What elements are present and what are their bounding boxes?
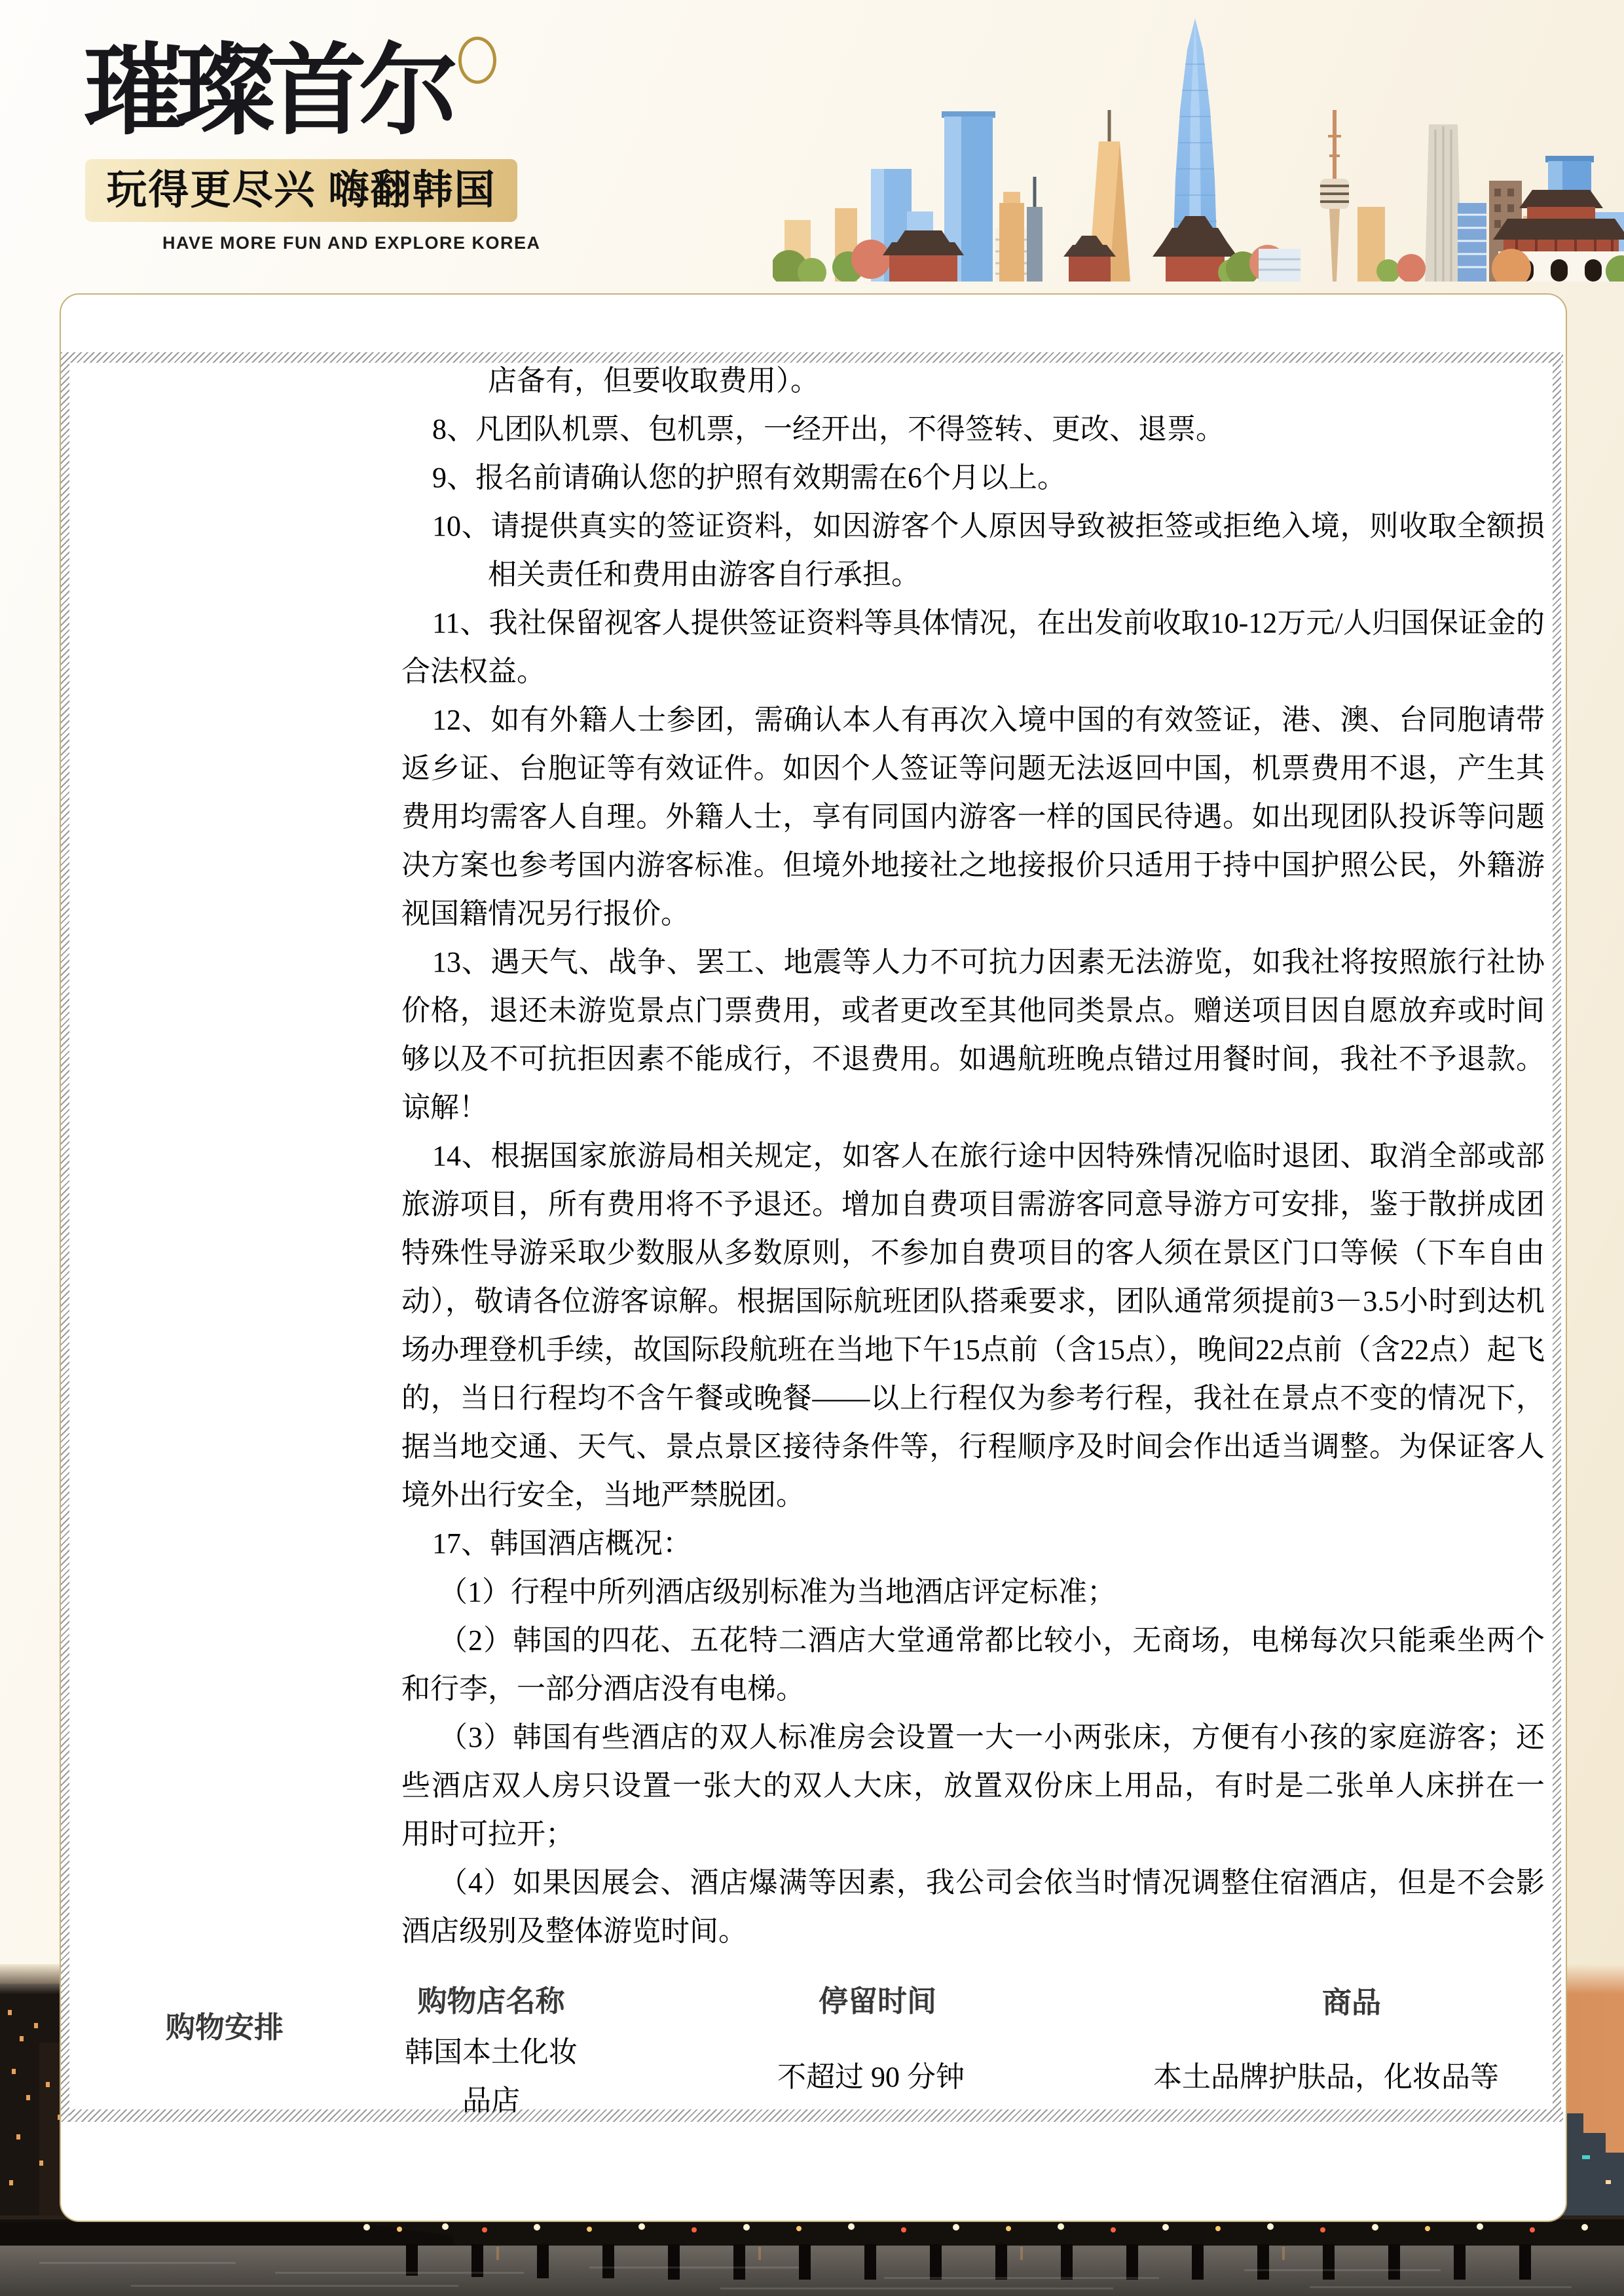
- term-line: 合法权益。: [401, 647, 1545, 696]
- term-line: 够以及不可抗拒因素不能成行，不退费用。如遇航班晚点错过用餐时间，我社不予退款。请: [401, 1035, 1545, 1084]
- term-line: 境外出行安全，当地严禁脱团。: [401, 1471, 1545, 1520]
- term-line: 动），敬请各位游客谅解。根据国际航班团队搭乘要求，团队通常须提前3－3.5小时到…: [401, 1277, 1545, 1326]
- term-line: 相关责任和费用由游客自行承担。: [401, 551, 1545, 599]
- gold-ring-icon: [458, 37, 496, 84]
- term-line: 费用均需客人自理。外籍人士，享有同国内游客一样的国民待遇。如出现团队投诉等问题解: [401, 793, 1545, 841]
- term-line: 10、请提供真实的签证资料，如因游客个人原因导致被拒签或拒绝入境，则收取全额损失…: [401, 502, 1545, 551]
- term-line: 返乡证、台胞证等有效证件。如因个人签证等问题无法返回中国，机票费用不退，产生其他: [401, 744, 1545, 793]
- term-line: （2）韩国的四花、五花特二酒店大堂通常都比较小，无商场，电梯每次只能乘坐两个人: [401, 1616, 1545, 1665]
- term-line: 12、如有外籍人士参团，需确认本人有再次入境中国的有效签证，港、澳、台同胞请带好: [401, 696, 1545, 744]
- travel-document-page: 璀璨首尔 玩得更尽兴 嗨翻韩国 HAVE MORE FUN AND EXPLOR…: [0, 0, 1624, 2296]
- term-line: 据当地交通、天气、景点景区接待条件等，行程顺序及时间会作出适当调整。为保证客人在: [401, 1423, 1545, 1471]
- column-header-stay-duration: 停留时间: [779, 1977, 976, 2020]
- brand-logo: 璀璨首尔: [84, 26, 451, 157]
- term-line: 的，当日行程均不含午餐或晚餐——以上行程仅为参考行程，我社在景点不变的情况下，根: [401, 1374, 1545, 1423]
- store-name-cell-line1: 韩国本土化妆: [393, 2028, 589, 2070]
- terms-text: 店备有，但要收取费用）。8、凡团队机票、包机票，一经开出，不得签转、更改、退票。…: [401, 357, 1545, 1956]
- column-header-goods: 商品: [1253, 1978, 1450, 2021]
- term-line: 8、凡团队机票、包机票，一经开出，不得签转、更改、退票。: [401, 405, 1545, 454]
- term-line: 店备有，但要收取费用）。: [401, 357, 1545, 405]
- term-line: 14、根据国家旅游局相关规定，如客人在旅行途中因特殊情况临时退团、取消全部或部分: [401, 1132, 1545, 1180]
- seoul-skyline-illustration: [773, 12, 1624, 282]
- term-line: 旅游项目，所有费用将不予退还。增加自费项目需游客同意导游方可安排，鉴于散拼成团的: [401, 1180, 1545, 1229]
- term-line: 11、我社保留视客人提供签证资料等具体情况，在出发前收取10-12万元/人归国保…: [401, 599, 1545, 647]
- hatched-border-right: [1553, 352, 1561, 2122]
- term-line: （4）如果因展会、酒店爆满等因素，我公司会依当时情况调整住宿酒店，但是不会影响: [401, 1859, 1545, 1907]
- term-line: 和行李，一部分酒店没有电梯。: [401, 1665, 1545, 1713]
- store-name-cell-line2: 品店: [393, 2077, 589, 2119]
- term-line: 特殊性导游采取少数服从多数原则，不参加自费项目的客人须在景区门口等候（下车自由活: [401, 1229, 1545, 1277]
- term-line: （1）行程中所列酒店级别标准为当地酒店评定标准；: [401, 1568, 1545, 1616]
- term-line: 13、遇天气、战争、罢工、地震等人力不可抗力因素无法游览，如我社将按照旅行社协议: [401, 938, 1545, 987]
- term-line: （3）韩国有些酒店的双人标准房会设置一大一小两张床，方便有小孩的家庭游客；还有: [401, 1713, 1545, 1762]
- term-line: 9、报名前请确认您的护照有效期需在6个月以上。: [401, 454, 1545, 502]
- term-line: 视国籍情况另行报价。: [401, 890, 1545, 938]
- term-line: 价格，退还未游览景点门票费用，或者更改至其他同类景点。赠送项目因自愿放弃或时间不: [401, 987, 1545, 1035]
- term-line: 场办理登机手续，故国际段航班在当地下午15点前（含15点），晚间22点前（含22…: [401, 1326, 1545, 1374]
- term-line: 17、韩国酒店概况：: [401, 1520, 1545, 1568]
- term-line: 些酒店双人房只设置一张大的双人大床，放置双份床上用品，有时是二张单人床拼在一起，: [401, 1762, 1545, 1810]
- goods-cell: 本土品牌护肤品，化妆品等: [1123, 2053, 1529, 2095]
- term-line: 决方案也参考国内游客标准。但境外地接社之地接报价只适用于持中国护照公民，外籍游客: [401, 841, 1545, 890]
- term-line: 用时可拉开；: [401, 1810, 1545, 1859]
- tagline-badge: 玩得更尽兴 嗨翻韩国: [85, 159, 517, 222]
- hatched-border-left: [61, 352, 69, 2122]
- term-line: 谅解！: [401, 1084, 1545, 1132]
- hatched-border-bottom: [61, 2109, 1563, 2122]
- term-line: 酒店级别及整体游览时间。: [401, 1907, 1545, 1956]
- shopping-section-label: 购物安排: [166, 2003, 284, 2046]
- stay-duration-cell: 不超过 90 分钟: [740, 2053, 1002, 2095]
- brand-subtitle: HAVE MORE FUN AND EXPLORE KOREA: [162, 233, 541, 253]
- column-header-store-name: 购物店名称: [393, 1977, 589, 2020]
